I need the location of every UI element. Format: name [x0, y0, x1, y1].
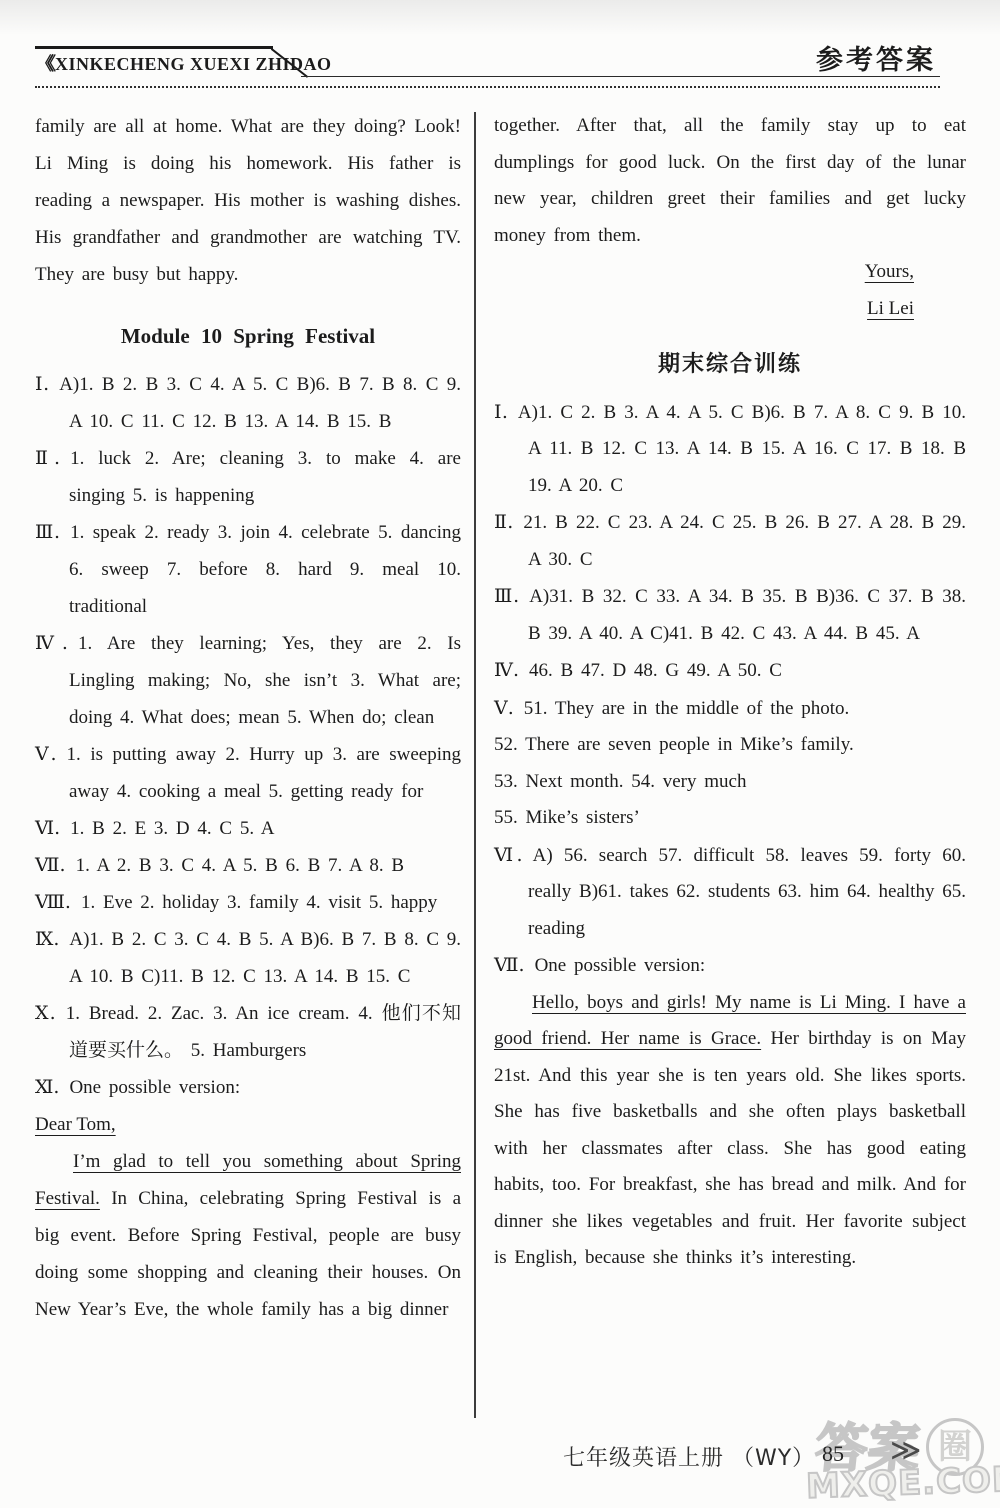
answer-text: One possible version:: [69, 1077, 240, 1098]
answer-text: A)1. B 2. C 3. C 4. B 5. A B)6. B 7. B 8…: [69, 929, 461, 987]
answer-text: 1. Eve 2. holiday 3. family 4. visit 5. …: [81, 892, 437, 913]
answer-item: 53. Next month. 54. very much: [494, 764, 966, 801]
header-top-rule: [35, 46, 273, 49]
answer-numeral: Ⅴ.: [35, 743, 57, 765]
answer-item: Ⅱ.1. luck 2. Are; cleaning 3. to make 4.…: [35, 440, 461, 514]
answer-text: 51. They are in the middle of the photo.: [524, 698, 849, 719]
intro-paragraph: family are all at home. What are they do…: [35, 108, 461, 293]
answer-item: Ⅱ.21. B 22. C 23. A 24. C 25. B 26. B 27…: [494, 504, 966, 578]
page-title: 参考答案: [816, 38, 936, 77]
answer-text: 46. B 47. D 48. G 49. A 50. C: [529, 660, 782, 681]
double-chevron-icon: ≫: [890, 1433, 921, 1468]
letter-continuation-paragraph: together. After that, all the family sta…: [494, 108, 966, 254]
answer-item: Ⅺ.One possible version:: [35, 1069, 461, 1106]
answer-text: A)1. C 2. B 3. A 4. A 5. C B)6. B 7. A 8…: [518, 402, 966, 496]
answer-item: Ⅷ.1. Eve 2. holiday 3. family 4. visit 5…: [35, 884, 461, 921]
answer-numeral: Ⅳ.: [494, 659, 519, 681]
answer-text: One possible version:: [535, 955, 706, 976]
answer-item: 55. Mike’s sisters’: [494, 800, 966, 837]
answer-text: 1. B 2. E 3. D 4. C 5. A: [70, 818, 274, 839]
answer-text: A)31. B 32. C 33. A 34. B 35. B B)36. C …: [528, 586, 966, 644]
signature-yours: Yours,: [494, 254, 966, 291]
answer-text: A) 56. search 57. difficult 58. leaves 5…: [528, 845, 966, 939]
answer-numeral: Ⅱ.: [35, 447, 60, 469]
exam-answer-list: Ⅰ.A)1. C 2. B 3. A 4. A 5. C B)6. B 7. A…: [494, 394, 966, 985]
answer-item: Ⅰ.A)1. B 2. B 3. C 4. A 5. C B)6. B 7. B…: [35, 366, 461, 440]
module-heading: Module 10 Spring Festival: [35, 318, 461, 355]
answer-text: 1. Are they learning; Yes, they are 2. I…: [69, 633, 461, 728]
answer-numeral: Ⅰ.: [35, 373, 49, 395]
answer-item: Ⅲ.1. speak 2. ready 3. join 4. celebrate…: [35, 514, 461, 625]
answer-item: Ⅵ.A) 56. search 57. difficult 58. leaves…: [494, 837, 966, 948]
answer-item: 52. There are seven people in Mike’s fam…: [494, 727, 966, 764]
answer-numeral: Ⅸ.: [35, 928, 59, 950]
answer-text: 1. Bread. 2. Zac. 3. An ice cream. 4. 他们…: [66, 1003, 461, 1061]
module-answer-list: Ⅰ.A)1. B 2. B 3. C 4. A 5. C B)6. B 7. B…: [35, 366, 461, 1106]
answer-numeral: Ⅶ.: [35, 854, 66, 876]
answer-item: Ⅰ.A)1. C 2. B 3. A 4. A 5. C B)6. B 7. A…: [494, 394, 966, 505]
exam-heading: 期末综合训练: [494, 347, 966, 384]
answer-numeral: Ⅷ.: [35, 891, 71, 913]
answer-numeral: Ⅹ.: [35, 1002, 56, 1024]
answer-text: 1. luck 2. Are; cleaning 3. to make 4. a…: [69, 448, 461, 506]
answer-text: 1. is putting away 2. Hurry up 3. are sw…: [67, 744, 461, 802]
answer-numeral: Ⅵ.: [494, 844, 523, 866]
answer-item: Ⅶ.One possible version:: [494, 947, 966, 985]
left-column: family are all at home. What are they do…: [35, 108, 461, 1328]
answer-item: Ⅶ.1. A 2. B 3. C 4. A 5. B 6. B 7. A 8. …: [35, 847, 461, 884]
answer-text: 21. B 22. C 23. A 24. C 25. B 26. B 27. …: [523, 512, 966, 570]
column-divider: [474, 112, 476, 1418]
answer-text: 52. There are seven people in Mike’s fam…: [494, 734, 854, 755]
answer-text: 1. A 2. B 3. C 4. A 5. B 6. B 7. A 8. B: [76, 855, 405, 876]
answer-item: Ⅸ.A)1. B 2. C 3. C 4. B 5. A B)6. B 7. B…: [35, 921, 461, 995]
double-guillemet-icon: 《《: [36, 54, 49, 74]
answer-numeral: Ⅴ.: [494, 697, 514, 719]
answer-numeral: Ⅲ.: [494, 585, 519, 607]
answer-numeral: Ⅶ.: [494, 954, 525, 976]
letter-body: I’m glad to tell you something about Spr…: [35, 1143, 461, 1328]
header-dotted-rule: [35, 86, 940, 88]
answer-item: Ⅵ.1. B 2. E 3. D 4. C 5. A: [35, 810, 461, 847]
essay-paragraph: Hello, boys and girls! My name is Li Min…: [494, 985, 966, 1277]
answer-text: 53. Next month. 54. very much: [494, 771, 746, 792]
signature-name: Li Lei: [494, 291, 966, 328]
answer-item: Ⅲ.A)31. B 32. C 33. A 34. B 35. B B)36. …: [494, 578, 966, 652]
footer-page-number: 85: [822, 1441, 844, 1467]
answer-numeral: Ⅺ.: [35, 1076, 59, 1098]
answer-item: Ⅳ.1. Are they learning; Yes, they are 2.…: [35, 625, 461, 736]
right-column: together. After that, all the family sta…: [494, 108, 966, 1277]
answer-item: Ⅴ.51. They are in the middle of the phot…: [494, 690, 966, 728]
answer-numeral: Ⅱ.: [494, 511, 513, 533]
answer-numeral: Ⅳ.: [35, 632, 68, 654]
answer-item: Ⅴ.1. is putting away 2. Hurry up 3. are …: [35, 736, 461, 810]
footer-book-label: 七年级英语上册 （WY）: [563, 1441, 815, 1472]
answer-numeral: Ⅲ.: [35, 521, 60, 543]
answer-item: Ⅹ.1. Bread. 2. Zac. 3. An ice cream. 4. …: [35, 995, 461, 1069]
letter-salutation: Dear Tom,: [35, 1106, 461, 1143]
answer-numeral: Ⅰ.: [494, 401, 508, 423]
essay-rest: Her birthday is on May 21st. And this ye…: [494, 1028, 966, 1268]
answer-text: 1. speak 2. ready 3. join 4. celebrate 5…: [69, 522, 461, 617]
answer-item: Ⅳ.46. B 47. D 48. G 49. A 50. C: [494, 652, 966, 690]
answer-text: A)1. B 2. B 3. C 4. A 5. C B)6. B 7. B 8…: [59, 374, 461, 432]
answer-numeral: Ⅵ.: [35, 817, 60, 839]
answer-text: 55. Mike’s sisters’: [494, 807, 640, 828]
